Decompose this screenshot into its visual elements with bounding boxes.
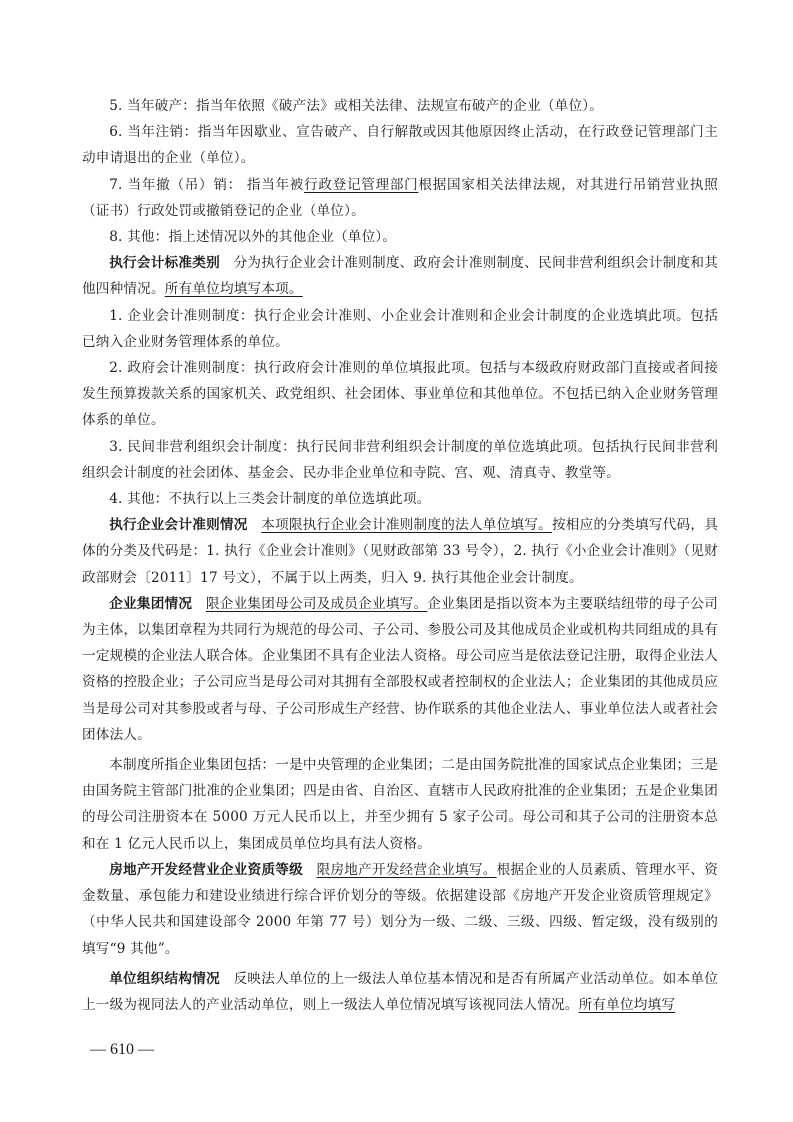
item-deregistration: 6. 当年注销：指当年因歇业、宣告破产、自行解散或因其他原因终止活动，在行政登记… <box>82 119 718 171</box>
underlined-text: 本项限执行企业会计准则制度的法人单位填写。 <box>261 517 552 533</box>
page-number: — 610 — <box>90 1041 154 1059</box>
item-bankruptcy: 5. 当年破产：指当年依照《破产法》或相关法律、法规宣布破产的企业（单位）。 <box>82 93 718 119</box>
section-accounting-standard-type: 执行会计标准类别分为执行企业会计准则制度、政府会计准则制度、民间非营利组织会计制… <box>82 250 718 302</box>
underlined-text: 所有单位均填写本项。 <box>165 281 303 297</box>
section-enterprise-standard-status: 执行企业会计准则情况本项限执行企业会计准则制度的法人单位填写。按相应的分类填写代… <box>82 512 718 591</box>
document-body: 5. 当年破产：指当年依照《破产法》或相关法律、法规宣布破产的企业（单位）。 6… <box>82 93 718 1018</box>
underlined-text: 行政登记管理部门 <box>304 177 418 193</box>
enterprise-group-scope: 本制度所指企业集团包括：一是中央管理的企业集团；二是由国务院批准的国家试点企业集… <box>82 752 718 857</box>
item-other-system: 4. 其他：不执行以上三类会计制度的单位选填此项。 <box>82 486 718 512</box>
section-term: 执行企业会计准则情况 <box>109 517 247 533</box>
section-org-structure: 单位组织结构情况反映法人单位的上一级法人单位基本情况和是否有所属产业活动单位。如… <box>82 966 718 1018</box>
section-enterprise-group: 企业集团情况限企业集团母公司及成员企业填写。企业集团是指以资本为主要联结纽带的母… <box>82 591 718 748</box>
section-term: 房地产开发经营业企业资质等级 <box>109 862 303 878</box>
item-other: 8. 其他：指上述情况以外的其他企业（单位）。 <box>82 224 718 250</box>
section-real-estate-qualification: 房地产开发经营业企业资质等级限房地产开发经营企业填写。根据企业的人员素质、管理水… <box>82 857 718 962</box>
item-nonprofit-system: 3. 民间非营利组织会计制度：执行民间非营利组织会计制度的单位选填此项。包括执行… <box>82 434 718 486</box>
section-term: 企业集团情况 <box>109 596 192 612</box>
underlined-text: 限房地产开发经营企业填写。 <box>317 862 497 878</box>
section-term: 单位组织结构情况 <box>109 971 220 987</box>
underlined-text: 限企业集团母公司及成员企业填写。 <box>206 596 428 612</box>
text: 7. 当年撤（吊）销： 指当年被 <box>109 177 304 193</box>
item-revocation: 7. 当年撤（吊）销： 指当年被行政登记管理部门根据国家相关法律法规，对其进行吊… <box>82 172 718 224</box>
item-government-standards: 2. 政府会计准则制度：执行政府会计准则的单位填报此项。包括与本级政府财政部门直… <box>82 355 718 434</box>
underlined-text: 所有单位均填写 <box>579 997 676 1013</box>
item-enterprise-standards: 1. 企业会计准则制度：执行企业会计准则、小企业会计准则和企业会计制度的企业选填… <box>82 303 718 355</box>
text: 企业集团是指以资本为主要联结纽带的母子公司为主体，以集团章程为共同行为规范的母公… <box>82 596 718 743</box>
section-term: 执行会计标准类别 <box>109 255 220 271</box>
